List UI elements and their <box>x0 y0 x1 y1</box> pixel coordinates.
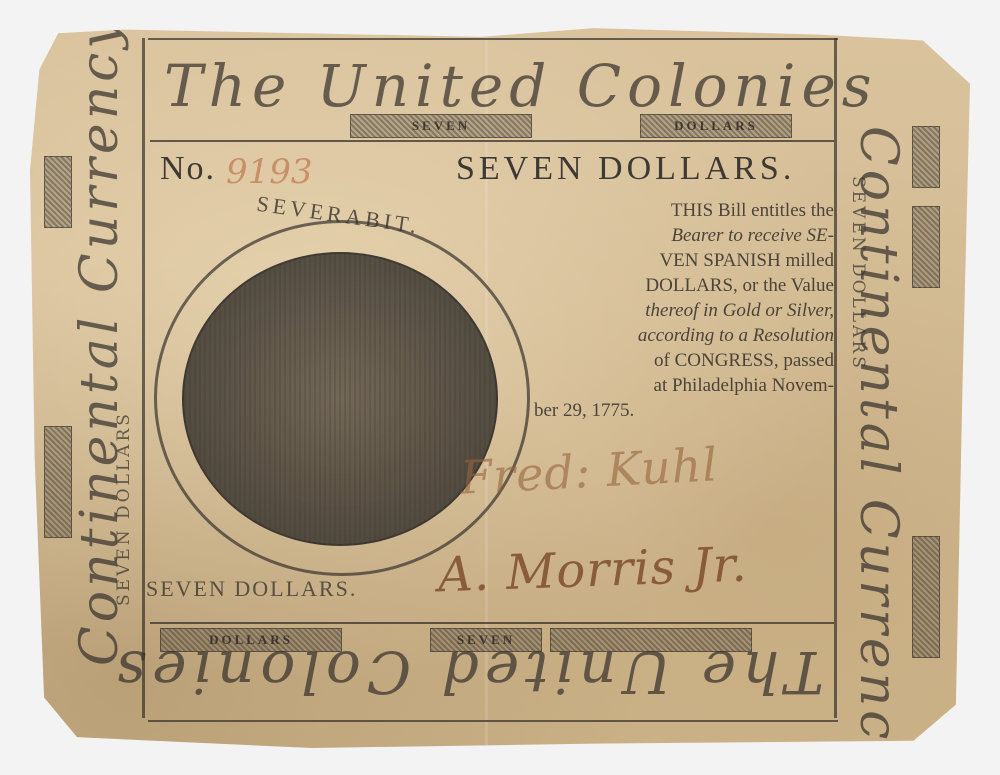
promise-line: DOLLARS, or the Value <box>534 273 834 298</box>
signature-morris: A. Morris Jr. <box>437 537 748 604</box>
promise-line: of CONGRESS, passed <box>534 348 834 373</box>
promise-line: THIS Bill entitles the <box>534 198 834 223</box>
top-plate-left: SEVEN <box>350 114 532 138</box>
left-side-denomination: SEVEN DOLLARS <box>114 411 134 606</box>
promise-line: according to a Resolution <box>534 323 834 348</box>
right-side-denomination: SEVEN DOLLARS <box>848 176 868 371</box>
bottom-border-band: DOLLARS SEVEN The United Colonies <box>150 618 834 718</box>
promise-text: THIS Bill entitles the Bearer to receive… <box>534 198 834 423</box>
promise-line: Bearer to receive SE- <box>534 223 834 248</box>
left-side-panel: Continental Currency SEVEN DOLLARS <box>40 126 140 686</box>
top-plate-right: DOLLARS <box>640 114 792 138</box>
border-right-rule <box>834 38 837 718</box>
denomination-top: SEVEN DOLLARS. <box>456 150 795 188</box>
top-border-band: The United Colonies SEVEN DOLLARS <box>150 44 834 144</box>
right-side-panel: Continental Currency SEVEN DOLLARS <box>838 86 968 706</box>
bottom-border-script: The United Colonies <box>164 638 824 706</box>
promise-line: thereof in Gold or Silver, <box>534 298 834 323</box>
top-border-script: The United Colonies <box>164 52 878 120</box>
promise-line: ber 29, 1775. <box>534 398 834 423</box>
seal-engraving <box>182 252 498 546</box>
serial-prefix: No. <box>160 150 216 188</box>
promise-line: VEN SPANISH milled <box>534 248 834 273</box>
serial-number: 9193 <box>226 152 313 192</box>
promise-line: at Philadelphia Novem- <box>534 373 834 398</box>
denomination-bottom: SEVEN DOLLARS. <box>146 576 357 602</box>
banknote: The United Colonies SEVEN DOLLARS No. 91… <box>30 26 970 748</box>
border-left-rule <box>142 38 145 718</box>
